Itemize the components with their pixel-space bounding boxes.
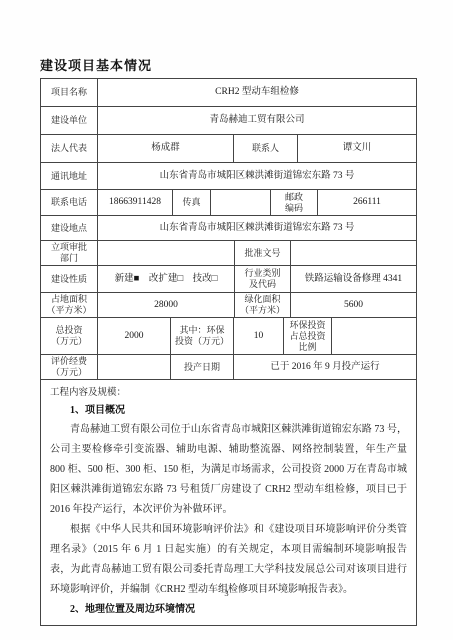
row-investment: 总投资 （万元） 2000 其中：环保 投资（万元） 10 环保投资 占总投资 … [41,318,416,355]
row-phone: 联系电话 18663911428 传真 邮政 编码 266111 [41,190,416,216]
content-paragraph-overview: 青岛赫迪工贸有限公司位于山东省青岛市城阳区棘洪滩街道锦宏东路 73 号，公司主要… [50,420,407,520]
production-date-label: 投产日期 [171,355,234,379]
green-area-label: 绿化面积 （平方米） [235,293,291,317]
row-nature: 建设性质 新建■ 改扩建□ 技改□ 行业类别 及代码 铁路运输设备修理 4341 [41,266,416,293]
fax-label: 传真 [173,190,211,215]
env-ratio-label: 环保投资 占总投资 比例 [284,318,332,354]
document-page: 建设项目基本情况 项目名称 CRH2 型动车组检修 建设单位 青岛赫迪工贸有限公… [0,0,453,640]
land-area-label: 占地面积 （平方米） [41,293,98,317]
contact-person-label: 联系人 [234,135,298,162]
row-legal-rep: 法人代表 杨成群 联系人 谭文川 [41,135,416,163]
approval-doc-value [291,241,416,265]
phone-label: 联系电话 [41,190,98,215]
nature-checkboxes: 新建■ 改扩建□ 技改□ [98,266,235,292]
row-eval-fee: 评价经费 （万元） 投产日期 已于 2016 年 9 月投产运行 [41,355,416,380]
contact-person-value: 谭文川 [298,135,416,162]
postcode-label: 邮政 编码 [271,190,318,215]
mailing-address-label: 通讯地址 [41,163,98,189]
row-site: 建设地点 山东省青岛市城阳区棘洪滩街道锦宏东路 73 号 [41,216,416,241]
row-approval: 立项审批 部门 批准文号 [41,241,416,266]
site-label: 建设地点 [41,216,98,240]
total-investment-label: 总投资 （万元） [41,318,98,354]
approval-dept-label: 立项审批 部门 [41,241,98,265]
row-project-name: 项目名称 CRH2 型动车组检修 [41,79,416,107]
env-investment-label: 其中：环保 投资（万元） [171,318,234,354]
eval-fee-value [98,355,171,379]
site-value: 山东省青岛市城阳区棘洪滩街道锦宏东路 73 号 [98,216,416,240]
approval-dept-value [98,241,235,265]
page-number: 3 [0,588,453,598]
production-date-value: 已于 2016 年 9 月投产运行 [234,355,416,379]
approval-doc-label: 批准文号 [235,241,291,265]
project-name-label: 项目名称 [41,79,98,106]
project-info-table: 项目名称 CRH2 型动车组检修 建设单位 青岛赫迪工贸有限公司 法人代表 杨成… [40,78,417,626]
nature-label: 建设性质 [41,266,98,292]
row-land-area: 占地面积 （平方米） 28000 绿化面积 （平方米） 5600 [41,293,416,318]
legal-rep-label: 法人代表 [41,135,98,162]
mailing-address-value: 山东省青岛市城阳区棘洪滩街道锦宏东路 73 号 [98,163,416,189]
legal-rep-value: 杨成群 [98,135,234,162]
env-ratio-value [332,318,416,354]
row-construction-unit: 建设单位 青岛赫迪工贸有限公司 [41,107,416,135]
content-section-label: 工程内容及规模： [50,385,407,401]
fax-value [211,190,271,215]
construction-unit-value: 青岛赫迪工贸有限公司 [98,107,416,134]
phone-value: 18663911428 [98,190,173,215]
eval-fee-label: 评价经费 （万元） [41,355,98,379]
env-investment-value: 10 [234,318,284,354]
industry-label: 行业类别 及代码 [235,266,291,292]
postcode-value: 266111 [318,190,416,215]
section-title: 建设项目基本情况 [40,55,152,74]
green-area-value: 5600 [291,293,416,317]
row-mailing-address: 通讯地址 山东省青岛市城阳区棘洪滩街道锦宏东路 73 号 [41,163,416,190]
total-investment-value: 2000 [98,318,171,354]
industry-value: 铁路运输设备修理 4341 [291,266,416,292]
content-heading-overview: 1、项目概况 [50,401,407,420]
construction-unit-label: 建设单位 [41,107,98,134]
project-name-value: CRH2 型动车组检修 [98,79,416,106]
content-heading-location: 2、地理位置及周边环境情况 [50,600,407,619]
land-area-value: 28000 [98,293,235,317]
